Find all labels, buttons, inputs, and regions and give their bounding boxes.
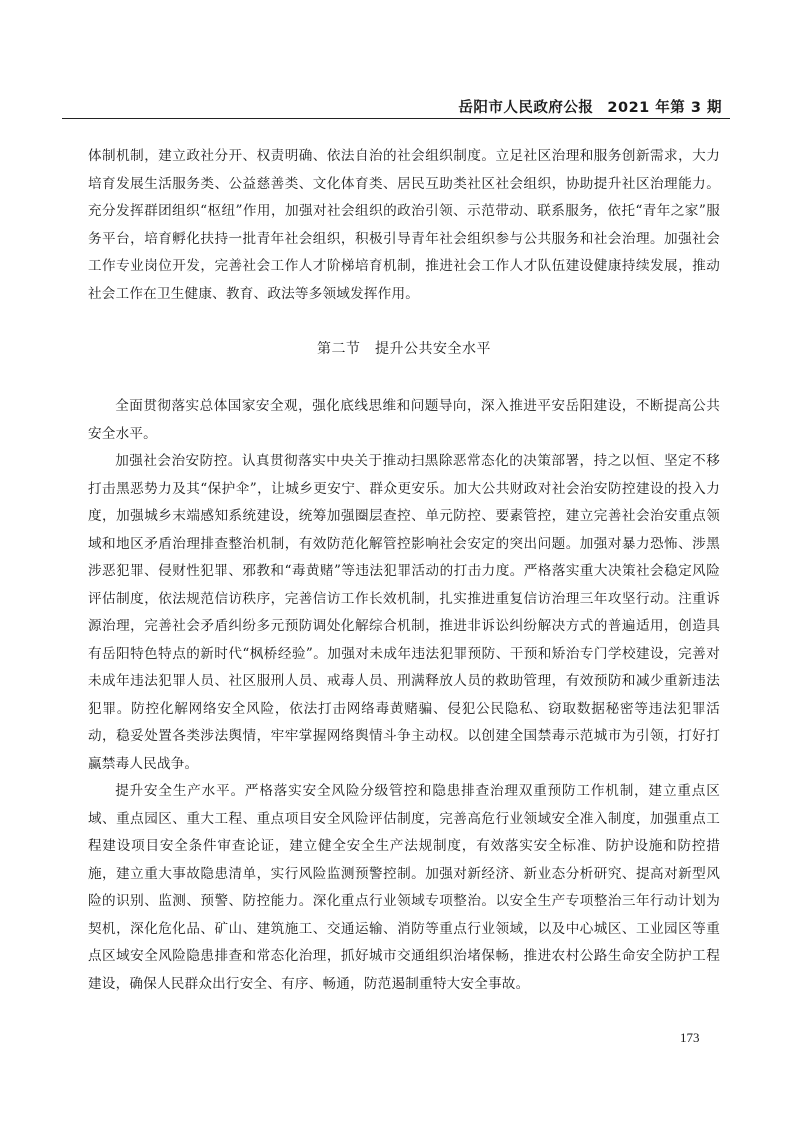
production-safety-paragraph: 提升安全生产水平。严格落实安全风险分级管控和隐患排查治理双重预防工作机制，建立重…	[88, 778, 720, 998]
intro-paragraph: 全面贯彻落实总体国家安全观，强化底线思维和问题导向，深入推进平安岳阳建设，不断提…	[88, 393, 720, 448]
page-body: 体制机制，建立政社分开、权责明确、依法自治的社会组织制度。立足社区治理和服务创新…	[88, 143, 720, 998]
section-heading: 第二节 提升公共安全水平	[88, 336, 720, 363]
public-security-paragraph: 加强社会治安防控。认真贯彻落实中央关于推动扫黑除恶常态化的决策部署，持之以恒、坚…	[88, 448, 720, 778]
publication-name: 岳阳市人民政府公报	[458, 100, 593, 116]
issue-number: 2021 年第 3 期	[607, 100, 722, 116]
running-header: 岳阳市人民政府公报2021 年第 3 期	[62, 96, 730, 119]
page-number: 173	[680, 1030, 700, 1046]
continuation-paragraph: 体制机制，建立政社分开、权责明确、依法自治的社会组织制度。立足社区治理和服务创新…	[88, 143, 720, 308]
header-title: 岳阳市人民政府公报2021 年第 3 期	[458, 96, 722, 117]
